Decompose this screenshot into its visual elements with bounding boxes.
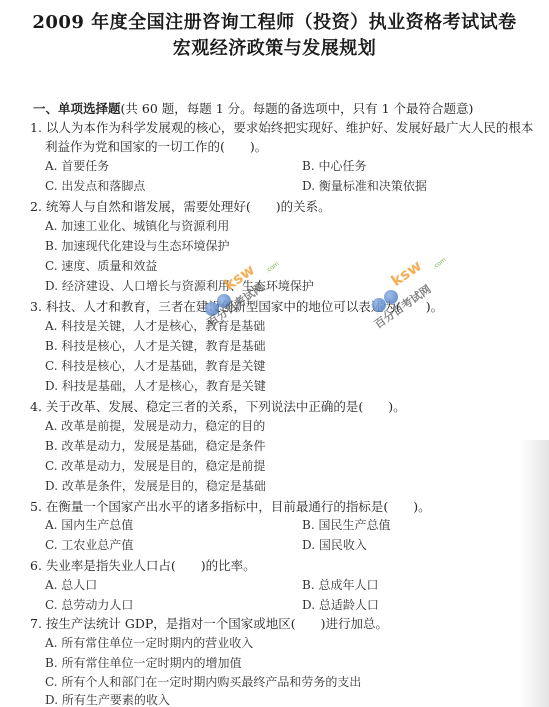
question-1-text: 1. 以人为本作为科学发展观的核心，要求始终把实现好、维护好、发展好最广大人民的… [30, 118, 533, 136]
question-3-option-d: D. 科技是基础，人才是核心，教育是关键 [45, 377, 266, 394]
question-7-option-a: A. 所有常住单位一定时期内的营业收入 [45, 634, 253, 651]
question-2-option-c: C. 速度、质量和效益 [45, 257, 157, 274]
question-5-option-c: C. 工农业总产值 [45, 536, 133, 553]
question-6-text: 6. 失业率是指失业人口占( )的比率。 [30, 556, 256, 574]
watermark-logo-2: ksw .com 百分百考试网 [372, 258, 482, 328]
question-4-option-c: C. 改革是动力，发展是目的，稳定是前提 [45, 457, 265, 474]
watermark-com-text: .com [264, 260, 280, 274]
question-3-option-c: C. 科技是核心，人才是基础，教育是关键 [45, 357, 265, 374]
question-1-text-cont: 利益作为党和国家的一切工作的( )。 [45, 137, 267, 155]
question-1-option-d: D. 衡量标准和决策依据 [302, 177, 427, 194]
question-3-option-b: B. 科技是核心，人才是关键，教育是基础 [45, 337, 265, 354]
question-1-option-b: B. 中心任务 [302, 157, 366, 174]
question-7-option-c: C. 所有个人和部门在一定时期内购买最终产品和劳务的支出 [45, 673, 361, 690]
question-3-option-a: A. 科技是关键，人才是核心，教育是基础 [45, 317, 265, 334]
question-5-option-b: B. 国民生产总值 [302, 516, 390, 533]
question-4-text: 4. 关于改革、发展、稳定三者的关系，下列说法中正确的是( )。 [30, 397, 406, 415]
question-1-option-a: A. 首要任务 [45, 157, 109, 174]
page-edge-shadow [519, 440, 549, 707]
question-6-option-b: B. 总成年人口 [302, 576, 378, 593]
question-7-option-b: B. 所有常住单位一定时期内的增加值 [45, 654, 241, 671]
watermark-com-text: .com [431, 256, 447, 270]
question-6-option-a: A. 总人口 [45, 576, 97, 593]
question-4-option-b: B. 改革是动力，发展是基础，稳定是条件 [45, 437, 265, 454]
exam-subject: 宏观经济政策与发展规划 [0, 34, 549, 60]
question-2-option-d: D. 经济建设、人口增长与资源利用、生态环境保护 [45, 277, 314, 294]
question-4-option-d: D. 改革是条件，发展是目的，稳定是基础 [45, 477, 266, 494]
question-4-option-a: A. 改革是前提，发展是动力，稳定的目的 [45, 417, 265, 434]
question-3-text: 3. 科技、人才和教育，三者在建设创新型国家中的地位可以表述为( )。 [30, 297, 443, 315]
watermark-ksw-text: ksw [388, 256, 425, 290]
question-5-text: 5. 在衡量一个国家产出水平的诸多指标中，目前最通行的指标是( )。 [30, 497, 431, 515]
question-5-option-d: D. 国民收入 [302, 536, 367, 553]
section-title: 一、单项选择题 [33, 101, 121, 116]
exam-title: 2009 年度全国注册咨询工程师（投资）执业资格考试试卷 [0, 8, 549, 34]
section-heading: 一、单项选择题(共 60 题，每题 1 分。每题的备选项中，只有 1 个最符合题… [33, 99, 473, 117]
question-6-option-c: C. 总劳动力人口 [45, 596, 133, 613]
question-5-option-a: A. 国内生产总值 [45, 516, 133, 533]
section-note: (共 60 题，每题 1 分。每题的备选项中，只有 1 个最符合题意) [121, 101, 474, 116]
question-2-option-b: B. 加速现代化建设与生态环境保护 [45, 237, 229, 254]
question-2-text: 2. 统筹人与自然和谐发展，需要处理好( )的关系。 [30, 197, 331, 215]
exam-page: 2009 年度全国注册咨询工程师（投资）执业资格考试试卷 宏观经济政策与发展规划… [0, 0, 549, 707]
question-2-option-a: A. 加速工业化、城镇化与资源利用 [45, 217, 229, 234]
question-7-text: 7. 按生产法统计 GDP，是指对一个国家或地区( )进行加总。 [30, 614, 388, 632]
question-6-option-d: D. 总适龄人口 [302, 596, 379, 613]
question-7-option-d: D. 所有生产要素的收入 [45, 691, 170, 707]
question-1-option-c: C. 出发点和落脚点 [45, 177, 145, 194]
